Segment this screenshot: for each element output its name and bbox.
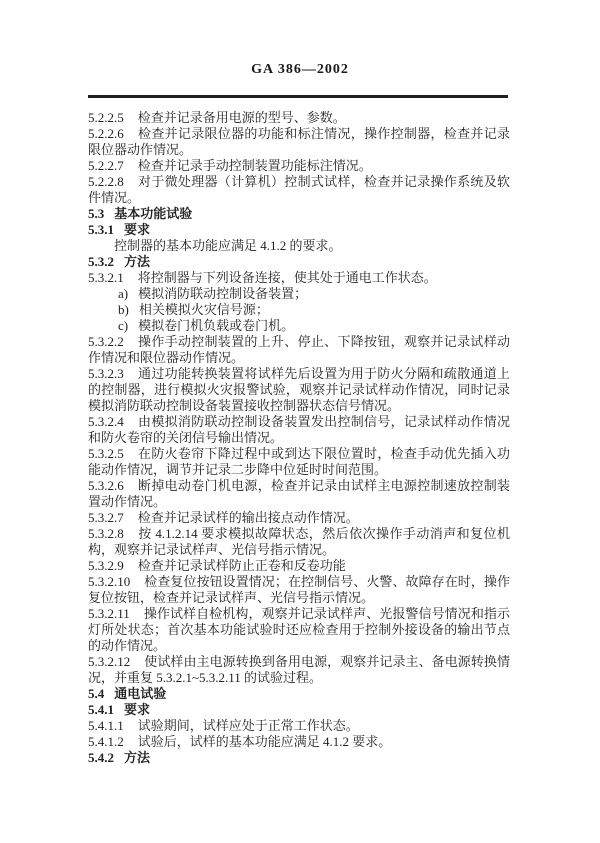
section-title: 方法 [124, 750, 150, 765]
clause-text: 检查并记录备用电源的型号、参数。 [138, 110, 346, 125]
section-title: 基本功能试验 [114, 206, 192, 221]
section-number: 5.3.1 [88, 222, 114, 237]
clause-number: 5.2.2.8 [88, 174, 124, 189]
clause-number: 5.2.2.5 [88, 110, 124, 125]
section-number: 5.4.1 [88, 702, 114, 717]
list-item: b)相关模拟火灾信号源； [118, 302, 510, 318]
document-body: 5.2.2.5检查并记录备用电源的型号、参数。 5.2.2.6检查并记录限位器的… [88, 110, 510, 766]
clause-number: 5.4.1.1 [88, 718, 124, 733]
clause-number: 5.2.2.7 [88, 158, 124, 173]
list-marker: c) [118, 318, 128, 333]
standard-code-header: GA 386—2002 [0, 62, 600, 78]
clause-text: 将控制器与下列设备连接，使其处于通电工作状态。 [138, 270, 437, 285]
clause-number: 5.3.2.1 [88, 270, 124, 285]
clause-number: 5.3.2.2 [88, 334, 124, 349]
clause-paragraph: 5.3.2.10检查复位按钮设置情况；在控制信号、火警、故障存在时，操作复位按钮… [88, 574, 510, 606]
section-heading: 5.4.2方法 [88, 750, 510, 766]
list-marker: b) [118, 302, 129, 317]
list-item: c)模拟卷门机负载或卷门机。 [118, 318, 510, 334]
clause-paragraph: 5.3.2.7检查并记录试样的输出接点动作情况。 [88, 510, 510, 526]
list-marker: a) [118, 286, 128, 301]
section-title: 通电试验 [114, 686, 166, 701]
clause-paragraph: 5.2.2.5检查并记录备用电源的型号、参数。 [88, 110, 510, 126]
clause-paragraph: 5.3.2.9检查并记录试样防止正卷和反卷功能 [88, 558, 510, 574]
clause-text: 使试样由主电源转换到备用电源，观察并记录主、备电源转换情况，并重复 5.3.2.… [88, 654, 510, 685]
section-number: 5.3 [88, 206, 104, 221]
clause-paragraph: 5.2.2.6检查并记录限位器的功能和标注情况，操作控制器，检查并记录限位器动作… [88, 126, 510, 158]
clause-text: 检查复位按钮设置情况；在控制信号、火警、故障存在时，操作复位按钮，检查并记录试样… [88, 574, 510, 605]
section-heading: 5.4通电试验 [88, 686, 510, 702]
clause-paragraph: 5.3.2.6断掉电动卷门机电源，检查并记录由试样主电源控制速放控制装置动作情况… [88, 478, 510, 510]
clause-number: 5.3.2.5 [88, 446, 124, 461]
clause-paragraph: 5.3.2.1将控制器与下列设备连接，使其处于通电工作状态。 [88, 270, 510, 286]
list-item: a)模拟消防联动控制设备装置； [118, 286, 510, 302]
clause-number: 5.3.2.10 [88, 574, 130, 589]
clause-paragraph: 5.4.1.2试验后，试样的基本功能应满足 4.1.2 要求。 [88, 734, 510, 750]
section-heading: 5.4.1要求 [88, 702, 510, 718]
list-text: 相关模拟火灾信号源； [139, 302, 269, 317]
clause-text: 操作试样自检机构，观察并记录试样声、光报警信号情况和指示灯所处状态；首次基本功能… [88, 606, 510, 653]
section-heading: 5.3.2方法 [88, 254, 510, 270]
clause-text: 在防火卷帘下降过程中或到达下限位置时，检查手动优先插入功能动作情况，调节并记录二… [88, 446, 510, 477]
clause-text: 试验后，试样的基本功能应满足 4.1.2 要求。 [138, 734, 392, 749]
section-number: 5.3.2 [88, 254, 114, 269]
clause-number: 5.3.2.4 [88, 414, 124, 429]
clause-text: 通过功能转换装置将试样先后设置为用于防火分隔和疏散通道上的控制器，进行模拟火灾报… [88, 366, 510, 413]
clause-paragraph: 5.3.2.8按 4.1.2.14 要求模拟故障状态，然后依次操作手动消声和复位… [88, 526, 510, 558]
clause-text: 检查并记录试样的输出接点动作情况。 [138, 510, 359, 525]
clause-number: 5.3.2.8 [88, 526, 124, 541]
body-text: 控制器的基本功能应满足 4.1.2 的要求。 [114, 238, 342, 253]
body-paragraph: 控制器的基本功能应满足 4.1.2 的要求。 [88, 238, 510, 254]
clause-paragraph: 5.3.2.11操作试样自检机构，观察并记录试样声、光报警信号情况和指示灯所处状… [88, 606, 510, 654]
clause-paragraph: 5.3.2.5在防火卷帘下降过程中或到达下限位置时，检查手动优先插入功能动作情况… [88, 446, 510, 478]
clause-text: 断掉电动卷门机电源，检查并记录由试样主电源控制速放控制装置动作情况。 [88, 478, 510, 509]
document-page: GA 386—2002 5.2.2.5检查并记录备用电源的型号、参数。 5.2.… [0, 0, 600, 843]
section-number: 5.4.2 [88, 750, 114, 765]
clause-number: 5.3.2.11 [88, 606, 130, 621]
list-text: 模拟卷门机负载或卷门机。 [138, 318, 294, 333]
clause-paragraph: 5.3.2.4由模拟消防联动控制设备装置发出控制信号，记录试样动作情况和防火卷帘… [88, 414, 510, 446]
clause-number: 5.3.2.3 [88, 366, 124, 381]
section-title: 要求 [124, 702, 150, 717]
clause-text: 按 4.1.2.14 要求模拟故障状态，然后依次操作手动消声和复位机构，观察并记… [88, 526, 510, 557]
clause-text: 检查并记录限位器的功能和标注情况，操作控制器，检查并记录限位器动作情况。 [88, 126, 510, 157]
header-rule-divider [88, 95, 508, 98]
clause-text: 检查并记录试样防止正卷和反卷功能 [138, 558, 346, 573]
section-title: 要求 [124, 222, 150, 237]
clause-number: 5.3.2.12 [88, 654, 130, 669]
clause-paragraph: 5.3.2.12使试样由主电源转换到备用电源，观察并记录主、备电源转换情况，并重… [88, 654, 510, 686]
clause-number: 5.4.1.2 [88, 734, 124, 749]
clause-paragraph: 5.3.2.3通过功能转换装置将试样先后设置为用于防火分隔和疏散通道上的控制器，… [88, 366, 510, 414]
section-heading: 5.3.1要求 [88, 222, 510, 238]
clause-paragraph: 5.4.1.1试验期间，试样应处于正常工作状态。 [88, 718, 510, 734]
clause-text: 对于微处理器（计算机）控制式试样，检查并记录操作系统及软件情况。 [88, 174, 510, 205]
list-text: 模拟消防联动控制设备装置； [138, 286, 307, 301]
section-title: 方法 [124, 254, 150, 269]
clause-number: 5.3.2.6 [88, 478, 124, 493]
clause-text: 操作手动控制装置的上升、停止、下降按钮，观察并记录试样动作情况和限位器动作情况。 [88, 334, 510, 365]
clause-text: 试验期间，试样应处于正常工作状态。 [138, 718, 359, 733]
clause-number: 5.3.2.7 [88, 510, 124, 525]
clause-number: 5.2.2.6 [88, 126, 124, 141]
clause-paragraph: 5.2.2.8对于微处理器（计算机）控制式试样，检查并记录操作系统及软件情况。 [88, 174, 510, 206]
clause-number: 5.3.2.9 [88, 558, 124, 573]
clause-paragraph: 5.2.2.7检查并记录手动控制装置功能标注情况。 [88, 158, 510, 174]
clause-paragraph: 5.3.2.2操作手动控制装置的上升、停止、下降按钮，观察并记录试样动作情况和限… [88, 334, 510, 366]
clause-text: 由模拟消防联动控制设备装置发出控制信号，记录试样动作情况和防火卷帘的关闭信号输出… [88, 414, 510, 445]
section-heading: 5.3基本功能试验 [88, 206, 510, 222]
clause-text: 检查并记录手动控制装置功能标注情况。 [138, 158, 372, 173]
section-number: 5.4 [88, 686, 104, 701]
